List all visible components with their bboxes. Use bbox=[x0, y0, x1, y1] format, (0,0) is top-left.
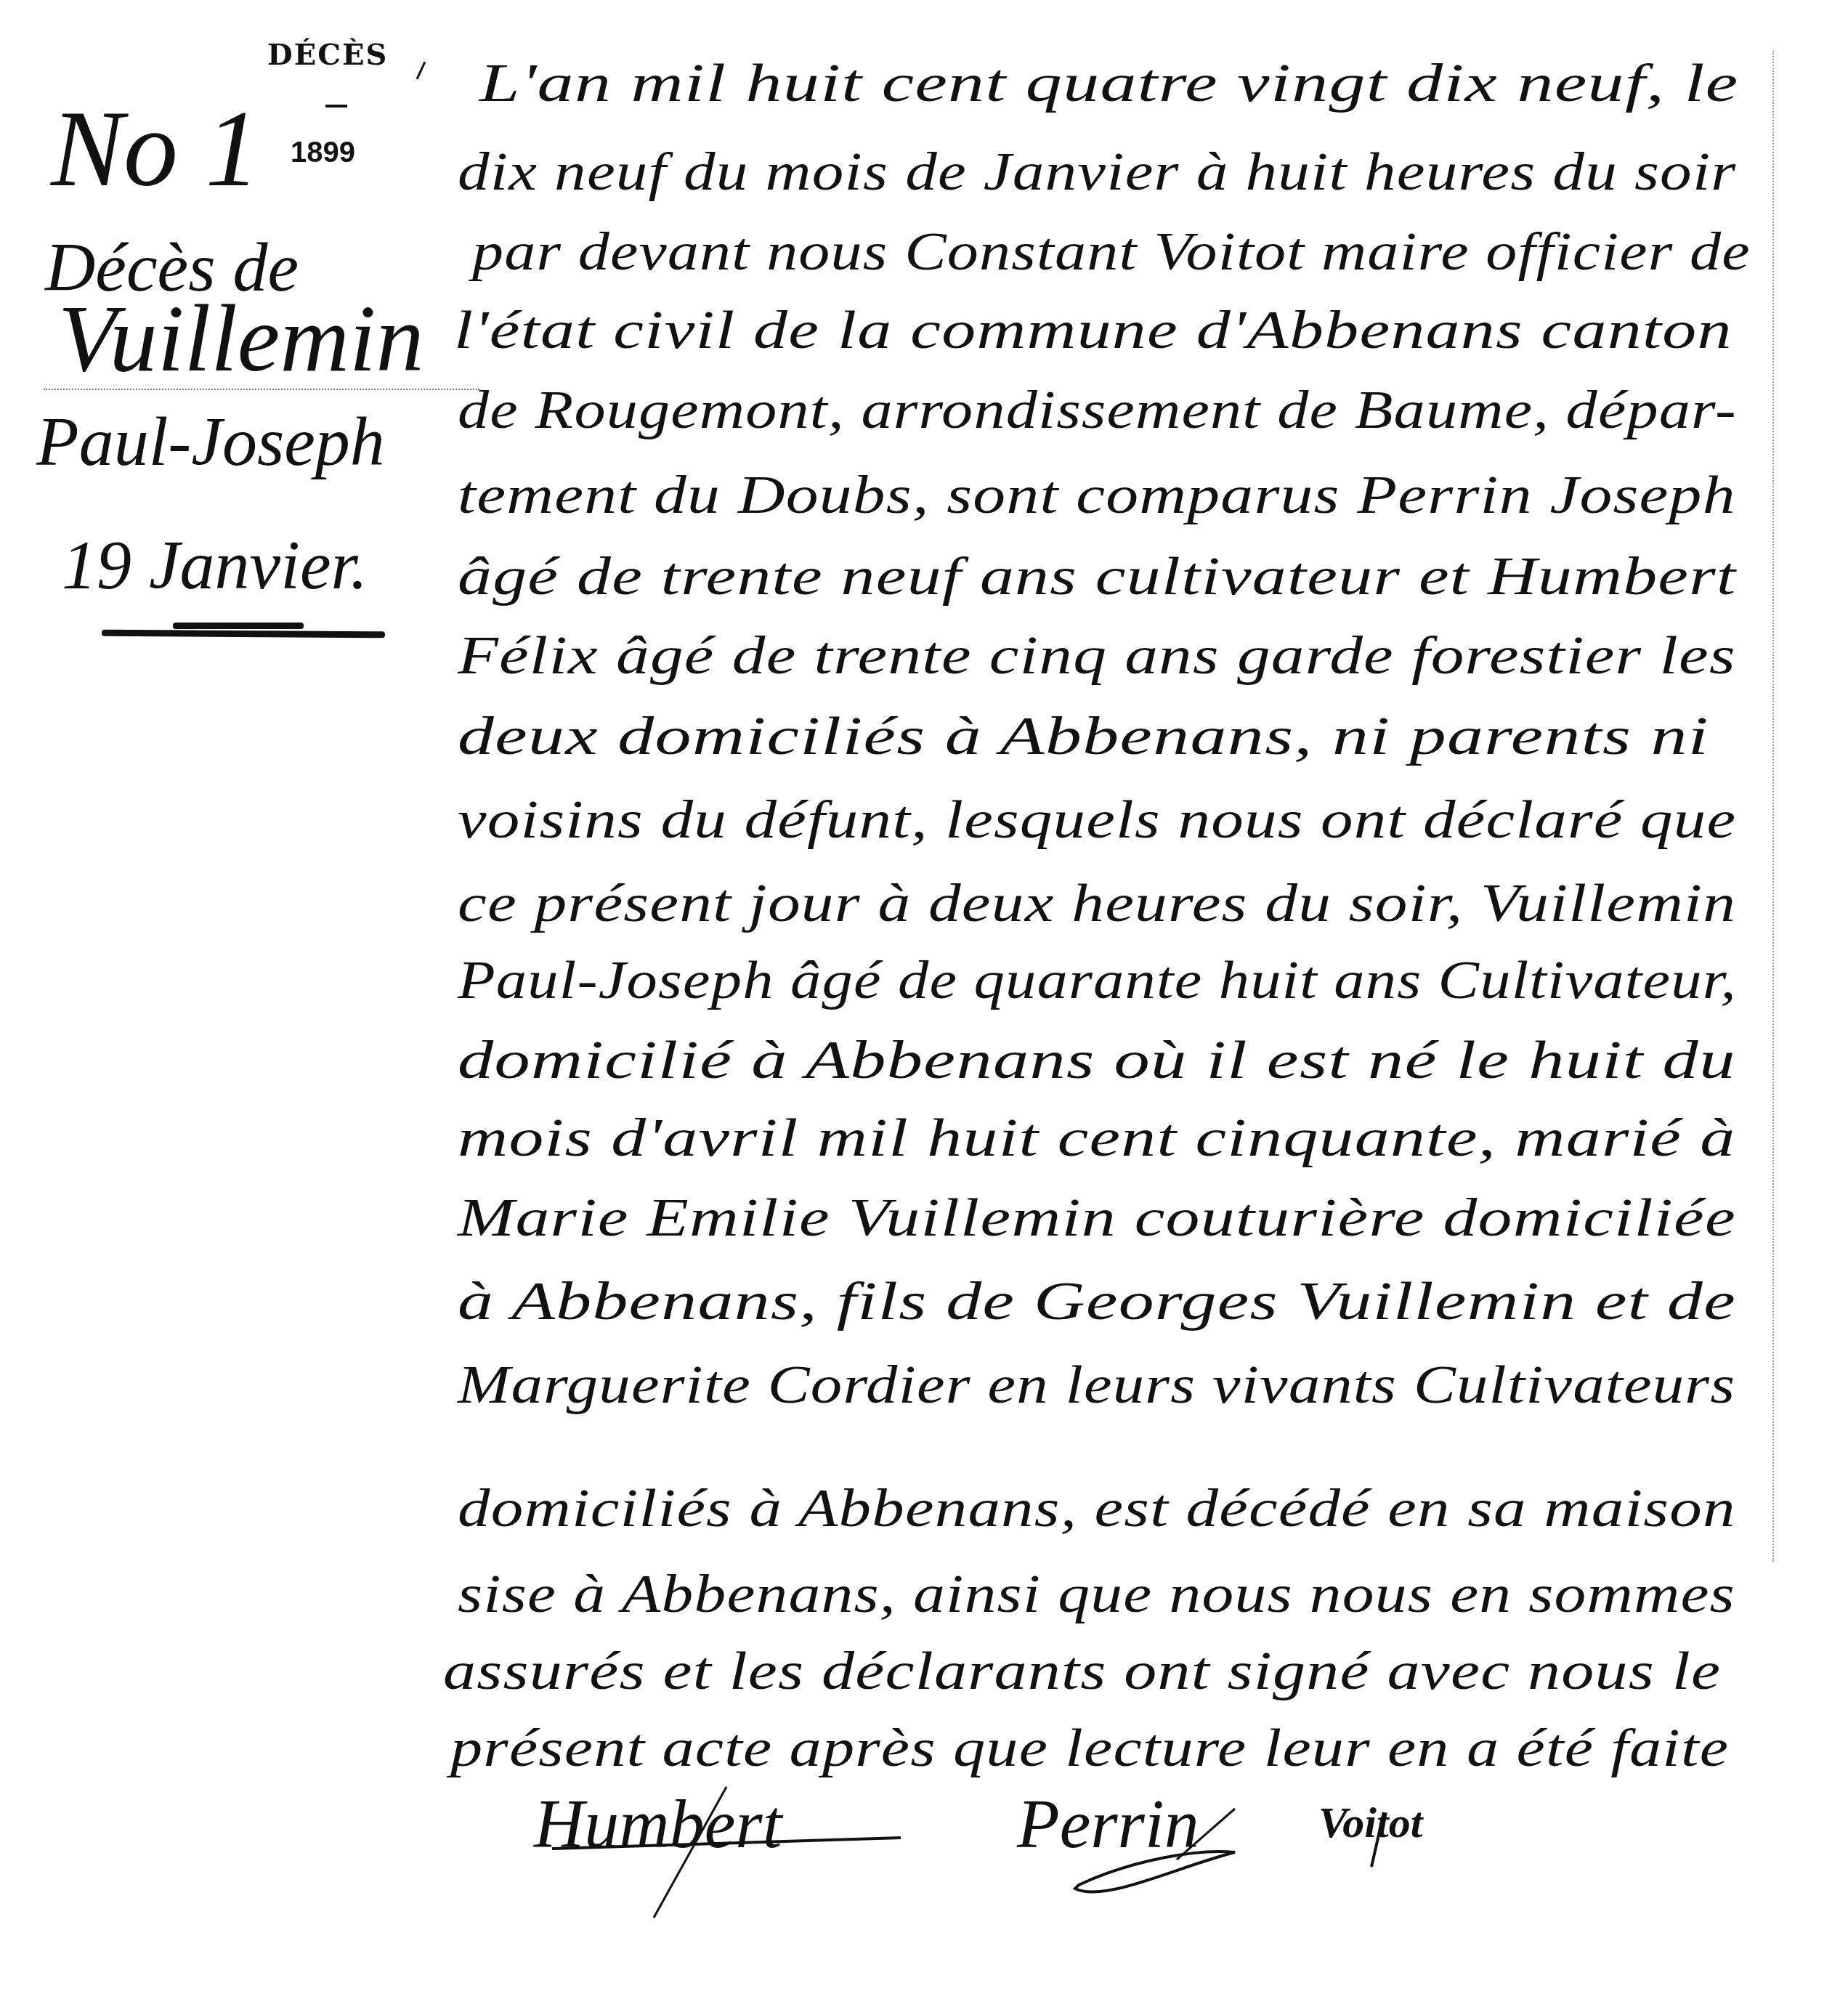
document-page: DÉCÈS 1899 No 1 Décès de Vuillemin Paul-… bbox=[0, 0, 1848, 1999]
signature-flourishes bbox=[0, 0, 1848, 1999]
